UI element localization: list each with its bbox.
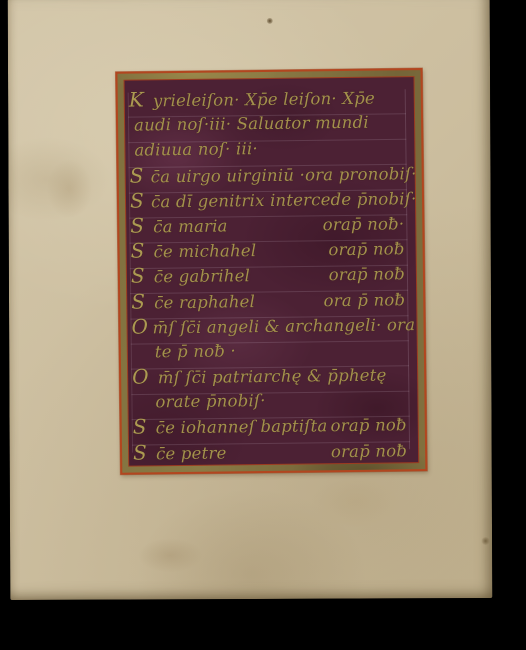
line-initial: O (132, 364, 149, 389)
line-text: c̄e gabrihel (154, 263, 251, 289)
litany-line: Sc̄e michahelorap̄ noƀ (130, 235, 406, 264)
parchment-stain (46, 159, 92, 219)
line-initial: S (130, 213, 144, 238)
line-response: orap̄ noƀ (331, 438, 410, 464)
line-text: c̄a dī genitrix intercede p̄nobiſ· (151, 186, 417, 214)
line-response: orap̄ noƀ (329, 262, 408, 288)
parchment-stain (310, 477, 400, 527)
litany-line: Sc̄a dī genitrix intercede p̄nobiſ· (130, 185, 406, 214)
gold-frame-band: Kyrieleiſon· Xp̄e leiſon· Xp̄eaudi noſ·i… (117, 70, 425, 473)
litany-line: te p̄ noƀ · (132, 336, 408, 365)
line-text: c̄e michahel (153, 238, 256, 264)
line-response: orap̄ noƀ· (323, 211, 407, 237)
litany-line: audi noſ·iii· Saluator mundi (129, 109, 405, 138)
line-text: te p̄ noƀ · (155, 338, 236, 364)
line-response: orap̄ noƀ (328, 236, 407, 262)
parchment-stain (481, 537, 490, 545)
litany-line: Sc̄e iohanneſ baptiſtaorap̄ noƀ (133, 412, 409, 441)
line-initial: S (133, 415, 147, 440)
purple-text-panel: Kyrieleiſon· Xp̄e leiſon· Xp̄eaudi noſ·i… (115, 68, 427, 475)
line-text: c̄a maria (153, 213, 228, 239)
line-initial: S (131, 264, 145, 289)
line-text: c̄e petre (156, 440, 227, 466)
line-initial: S (130, 188, 142, 213)
ink-speck (267, 18, 273, 24)
line-text: orate p̄nobiſ· (155, 388, 266, 415)
line-text: c̄e iohanneſ baptiſta (156, 414, 328, 441)
line-response: ora p̄ noƀ (323, 287, 407, 313)
litany-line: Sc̄a mariaorap̄ noƀ· (130, 210, 406, 239)
litany-line: orate p̄nobiſ· (132, 386, 408, 415)
line-response: orap̄ noƀ (330, 413, 409, 439)
line-initial: S (130, 163, 142, 188)
line-initial: S (130, 239, 144, 264)
line-text: m̄ſ ſc̄i patriarchę & p̄phetę (158, 363, 387, 391)
line-text: c̄a uirgo uirginiū · (151, 162, 306, 189)
litany-line: Kyrieleiſon· Xp̄e leiſon· Xp̄e (129, 84, 405, 113)
inner-red-line: Kyrieleiſon· Xp̄e leiſon· Xp̄eaudi noſ·i… (124, 76, 420, 467)
line-text: m̄ſ ſc̄i angeli & archangeli· ora (152, 312, 415, 340)
litany-line: Sc̄e raphahelora p̄ noƀ (131, 286, 407, 315)
line-initial: S (133, 440, 147, 465)
line-text: audi noſ·iii· Saluator mundi (134, 110, 369, 138)
litany-line: adiuua noſ· iii· (129, 135, 405, 164)
scan-background: Kyrieleiſon· Xp̄e leiſon· Xp̄eaudi noſ·i… (0, 0, 526, 650)
litany-text-block: Kyrieleiſon· Xp̄e leiſon· Xp̄eaudi noſ·i… (129, 84, 410, 465)
line-initial: S (131, 289, 145, 314)
litany-line: Sc̄a uirgo uirginiū ·ora pronobiſ· (130, 160, 406, 189)
parchment-stain (138, 538, 202, 572)
panel-field: Kyrieleiſon· Xp̄e leiſon· Xp̄eaudi noſ·i… (125, 77, 419, 466)
litany-line: Sc̄e gabrihelorap̄ noƀ (131, 261, 407, 290)
line-text: adiuua noſ· iii· (134, 136, 258, 163)
litany-line: Om̄ſ ſc̄i angeli & archangeli· ora (131, 311, 407, 340)
parchment-leaf: Kyrieleiſon· Xp̄e leiſon· Xp̄eaudi noſ·i… (8, 0, 493, 600)
line-text: c̄e raphahel (154, 289, 255, 315)
line-initial: K (129, 87, 144, 112)
litany-line: Om̄ſ ſc̄i patriarchę & p̄phetę (132, 361, 408, 390)
line-response: ora pronobiſ· (305, 161, 418, 188)
line-initial: O (131, 314, 143, 339)
litany-line: Sc̄e petreorap̄ noƀ (133, 437, 409, 466)
